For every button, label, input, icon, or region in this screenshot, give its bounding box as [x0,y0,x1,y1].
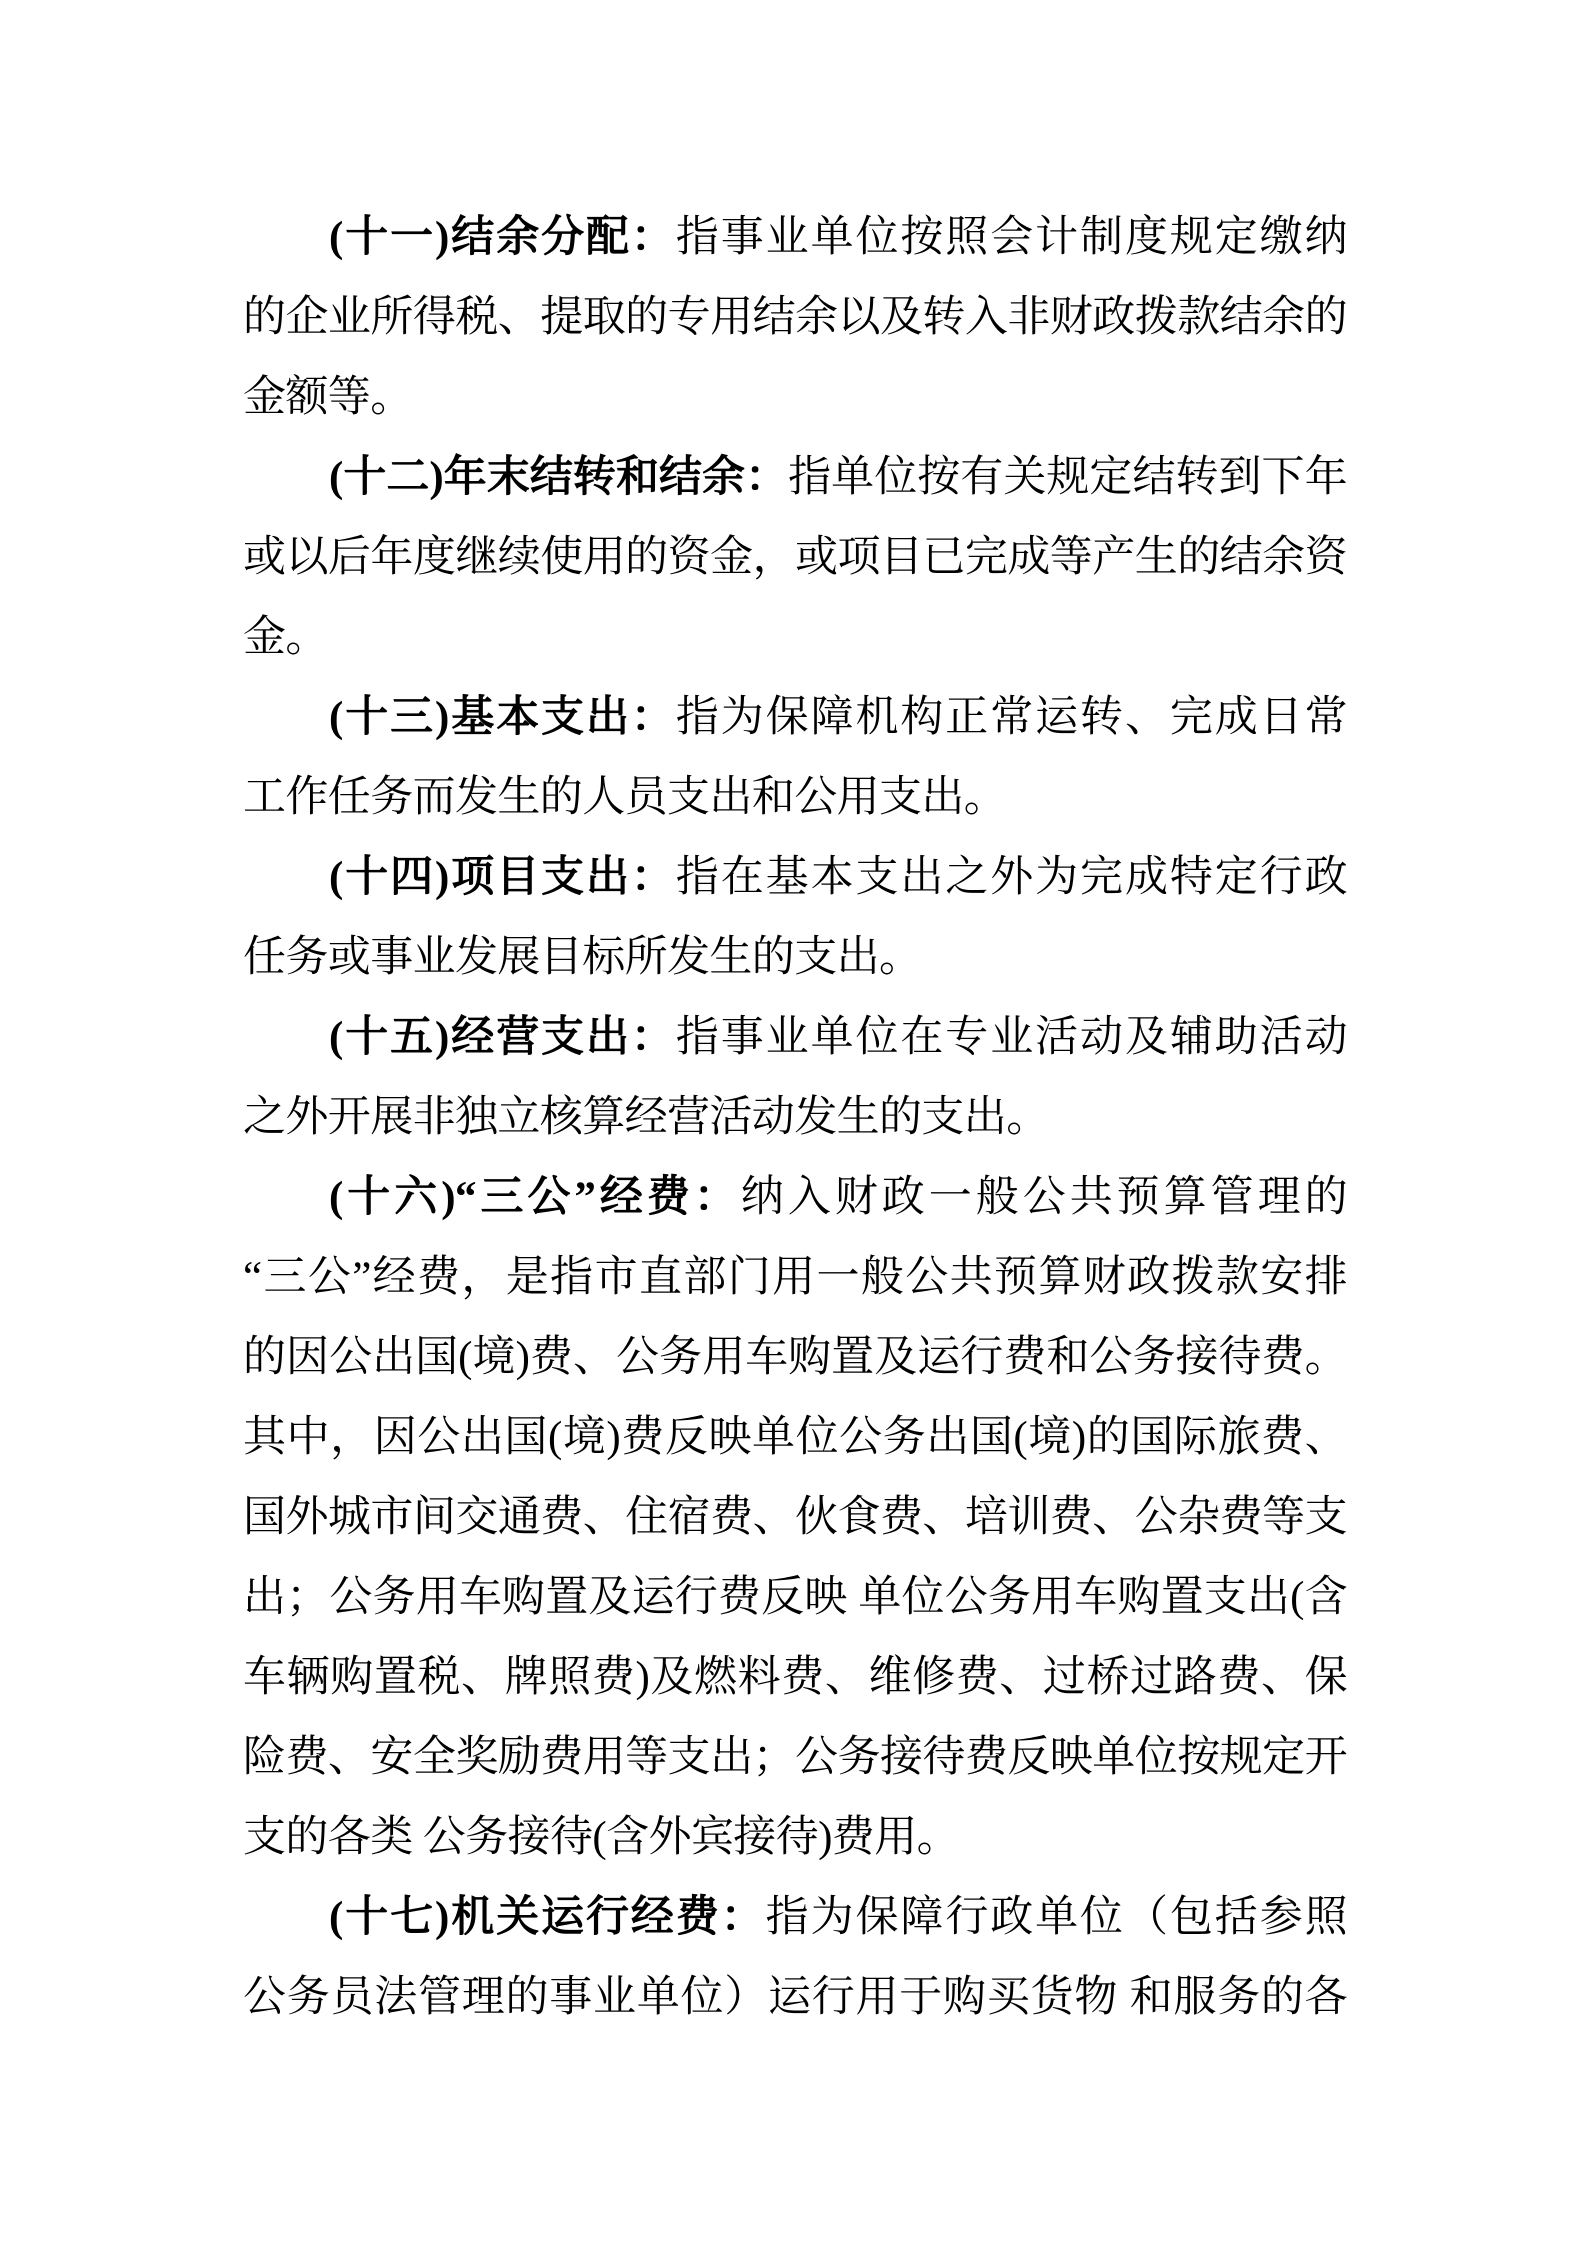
body-text: 或以后年度继续使用的资金，或项目已完成等产生的结余资 [243,534,1347,581]
term-text: (十二)年末结转和结余： [329,454,788,501]
text-line: 之外开展非独立核算经营活动发生的支出。 [243,1078,1347,1158]
text-line: 车辆购置税、牌照费)及燃料费、维修费、过桥过路费、保 [243,1638,1347,1718]
body-text: 出；公务用车购置及运行费反映 单位公务用车购置支出(含 [243,1574,1347,1621]
text-line: 险费、安全奖励费用等支出；公务接待费反映单位按规定开 [243,1718,1347,1798]
body-text: 支的各类 公务接待(含外宾接待)费用。 [243,1814,959,1861]
text-line: 的企业所得税、提取的专用结余以及转入非财政拨款结余的 [243,278,1347,358]
text-line: 任务或事业发展目标所发生的支出。 [243,918,1347,998]
body-text: 之外开展非独立核算经营活动发生的支出。 [243,1094,1049,1141]
body-text: 指事业单位在专业活动及辅助活动 [676,1014,1347,1061]
document-body: (十一)结余分配：指事业单位按照会计制度规定缴纳的企业所得税、提取的专用结余以及… [243,198,1347,2038]
body-text: 车辆购置税、牌照费)及燃料费、维修费、过桥过路费、保 [243,1654,1347,1701]
text-line: (十五)经营支出：指事业单位在专业活动及辅助活动 [243,998,1347,1078]
text-line: (十四)项目支出：指在基本支出之外为完成特定行政 [243,838,1347,918]
paragraph-13-jiben-zhichu: (十三)基本支出：指为保障机构正常运转、完成日常工作任务而发生的人员支出和公用支… [243,678,1347,838]
body-text: 任务或事业发展目标所发生的支出。 [243,934,921,981]
text-line: 金。 [243,598,1347,678]
text-line: (十七)机关运行经费：指为保障行政单位（包括参照 [243,1878,1347,1958]
text-line: 金额等。 [243,358,1347,438]
paragraph-16-sangong-jingfei: (十六)“三公”经费：纳入财政一般公共预算管理的“三公”经费，是指市直部门用一般… [243,1158,1347,1878]
paragraph-11-jieyu-fenpei: (十一)结余分配：指事业单位按照会计制度规定缴纳的企业所得税、提取的专用结余以及… [243,198,1347,438]
term-text: (十四)项目支出： [329,854,676,901]
document-page: (十一)结余分配：指事业单位按照会计制度规定缴纳的企业所得税、提取的专用结余以及… [0,0,1588,2245]
body-text: “三公”经费，是指市直部门用一般公共预算财政拨款安排 [243,1254,1347,1301]
text-line: (十三)基本支出：指为保障机构正常运转、完成日常 [243,678,1347,758]
text-line: 公务员法管理的事业单位）运行用于购买货物 和服务的各 [243,1958,1347,2038]
text-line: 国外城市间交通费、住宿费、伙食费、培训费、公杂费等支 [243,1478,1347,1558]
body-text: 的因公出国(境)费、公务用车购置及运行费和公务接待费。 [243,1334,1347,1381]
body-text: 险费、安全奖励费用等支出；公务接待费反映单位按规定开 [243,1734,1347,1781]
text-line: 出；公务用车购置及运行费反映 单位公务用车购置支出(含 [243,1558,1347,1638]
body-text: 公务员法管理的事业单位）运行用于购买货物 和服务的各 [243,1974,1347,2021]
body-text: 国外城市间交通费、住宿费、伙食费、培训费、公杂费等支 [243,1494,1347,1541]
term-text: (十一)结余分配： [329,214,676,261]
term-text: (十六)“三公”经费： [329,1174,741,1221]
text-line: (十六)“三公”经费：纳入财政一般公共预算管理的 [243,1158,1347,1238]
body-text: 金。 [243,614,328,661]
body-text: 工作任务而发生的人员支出和公用支出。 [243,774,1006,821]
body-text: 指事业单位按照会计制度规定缴纳 [676,214,1347,261]
text-line: (十二)年末结转和结余：指单位按有关规定结转到下年 [243,438,1347,518]
term-text: (十七)机关运行经费： [329,1894,766,1941]
text-line: 或以后年度继续使用的资金，或项目已完成等产生的结余资 [243,518,1347,598]
paragraph-14-xiangmu-zhichu: (十四)项目支出：指在基本支出之外为完成特定行政任务或事业发展目标所发生的支出。 [243,838,1347,998]
term-text: (十五)经营支出： [329,1014,676,1061]
text-line: (十一)结余分配：指事业单位按照会计制度规定缴纳 [243,198,1347,278]
term-text: (十三)基本支出： [329,694,676,741]
paragraph-17-jiguan-yunxing-jingfei: (十七)机关运行经费：指为保障行政单位（包括参照公务员法管理的事业单位）运行用于… [243,1878,1347,2038]
text-line: 的因公出国(境)费、公务用车购置及运行费和公务接待费。 [243,1318,1347,1398]
body-text: 纳入财政一般公共预算管理的 [741,1174,1347,1221]
body-text: 的企业所得税、提取的专用结余以及转入非财政拨款结余的 [243,294,1347,341]
body-text: 金额等。 [243,374,413,421]
text-line: 其中，因公出国(境)费反映单位公务出国(境)的国际旅费、 [243,1398,1347,1478]
text-line: 支的各类 公务接待(含外宾接待)费用。 [243,1798,1347,1878]
body-text: 指为保障机构正常运转、完成日常 [676,694,1347,741]
paragraph-12-nianmo-jiezhuan-jieyu: (十二)年末结转和结余：指单位按有关规定结转到下年或以后年度继续使用的资金，或项… [243,438,1347,678]
text-line: 工作任务而发生的人员支出和公用支出。 [243,758,1347,838]
body-text: 指在基本支出之外为完成特定行政 [676,854,1347,901]
body-text: 指为保障行政单位（包括参照 [766,1894,1347,1941]
body-text: 其中，因公出国(境)费反映单位公务出国(境)的国际旅费、 [243,1414,1347,1461]
paragraph-15-jingying-zhichu: (十五)经营支出：指事业单位在专业活动及辅助活动之外开展非独立核算经营活动发生的… [243,998,1347,1158]
body-text: 指单位按有关规定结转到下年 [788,454,1347,501]
text-line: “三公”经费，是指市直部门用一般公共预算财政拨款安排 [243,1238,1347,1318]
